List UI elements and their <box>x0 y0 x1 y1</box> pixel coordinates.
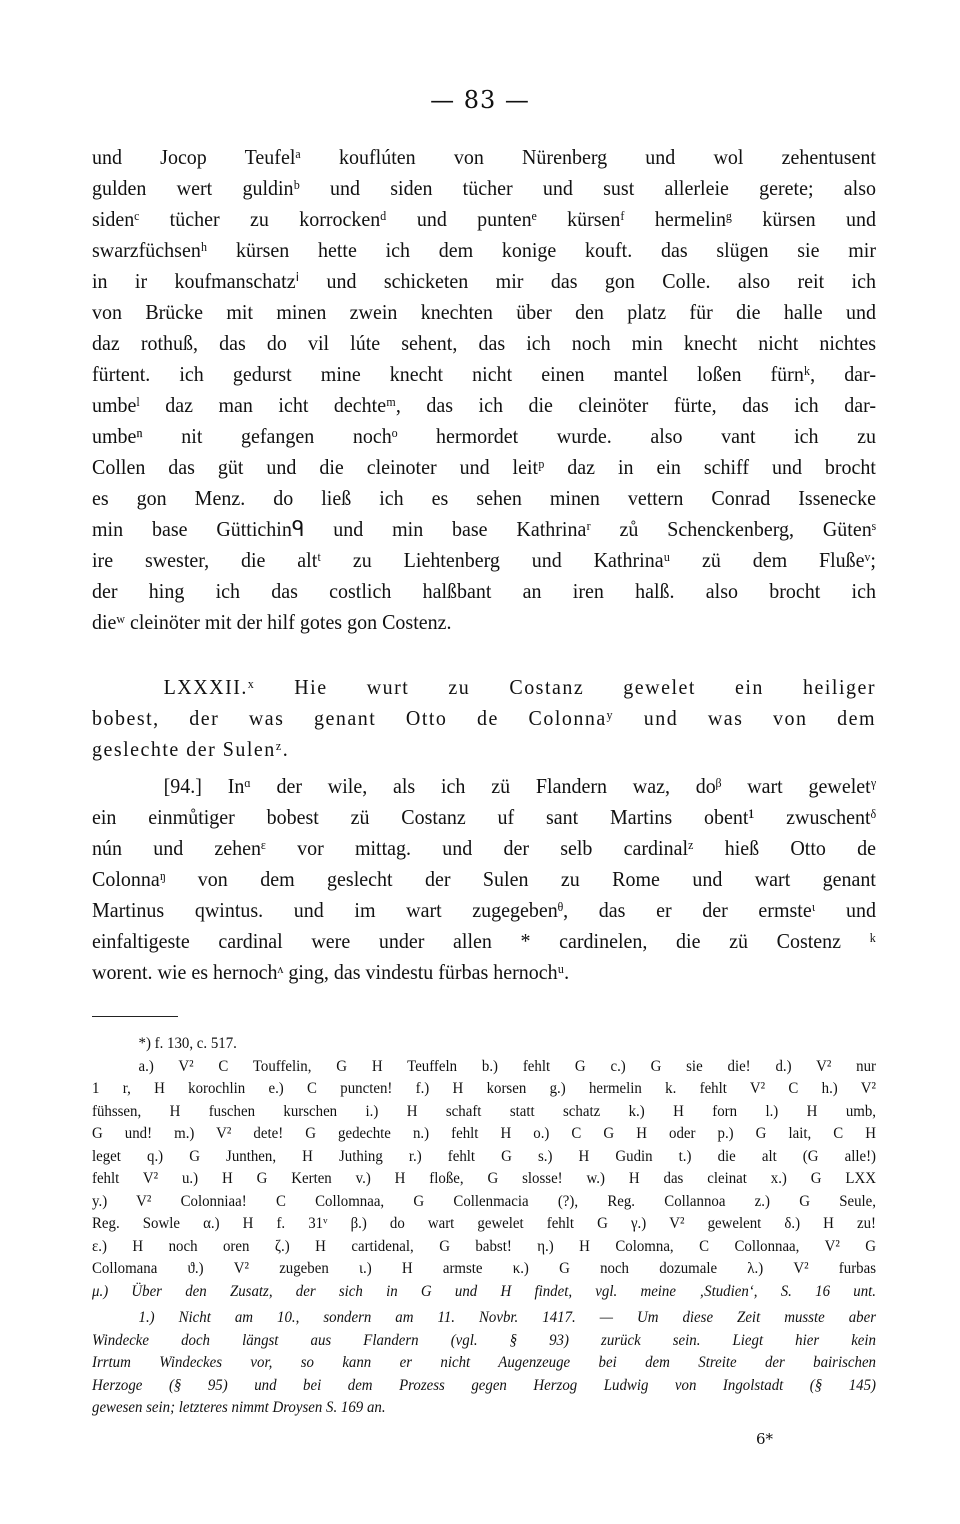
variant-note-line: Reg. Sowle α.) H f. 31ᵛ β.) do wart gewe… <box>92 1213 876 1236</box>
variant-note-line: leget q.) G Junthen, H Juthing r.) fehlt… <box>92 1146 876 1169</box>
note-line: gewesen sein; letzteres nimmt Droysen S.… <box>92 1397 876 1420</box>
signature-mark: 6* <box>756 1430 773 1448</box>
variant-note-line: 1 r, H korochlin e.) C puncten! f.) H ko… <box>92 1078 876 1101</box>
text-line: Collen das güt und die cleinoter und lei… <box>92 452 876 483</box>
text-line: umbeˡ daz man icht dechteᵐ, das ich die … <box>92 390 876 421</box>
text-line: ein einmůtiger bobest zü Costanz uf sant… <box>92 802 876 833</box>
text-line: daz rothuß, das do vil lúte sehent, das … <box>92 328 876 359</box>
star-footnote: *) f. 130, c. 517. <box>92 1033 876 1056</box>
variant-note-line: G und! m.) V² dete! G gedechte n.) fehlt… <box>92 1123 876 1146</box>
page-number: — 83 — <box>0 86 960 114</box>
text-line: [94.] Inᵅ der wile, als ich zü Flandern … <box>92 771 876 802</box>
footnotes: *) f. 130, c. 517. a.) V² C Touffelin, G… <box>92 1033 876 1303</box>
heading-line: LXXXII.ˣ Hie wurt zu Costanz gewelet ein… <box>92 672 876 703</box>
text-line: Colonnaᵑ von dem geslecht der Sulen zu R… <box>92 864 876 895</box>
text-line: nún und zehenᵋ vor mittag. und der selb … <box>92 833 876 864</box>
main-text-block: und Jocop Teufelᵃ kouflúten von Nürenber… <box>92 142 876 638</box>
text-line: Martinus qwintus. und im wart zugegebenᶿ… <box>92 895 876 926</box>
text-line: einfaltigeste cardinal were under allen … <box>92 926 876 957</box>
variant-note-line: fühssen, H fuschen kurschen i.) H schaft… <box>92 1101 876 1124</box>
variant-note-line: fehlt V² u.) H G Kerten v.) H floße, G s… <box>92 1168 876 1191</box>
text-line: min base Güttichinᑫ und min base Kathrin… <box>92 514 876 545</box>
heading-line: bobest, der was genant Otto de Colonnaʸ … <box>92 703 876 734</box>
numbered-footnote: 1.) Nicht am 10., sondern am 11. Novbr. … <box>92 1307 876 1420</box>
section-94: [94.] Inᵅ der wile, als ich zü Flandern … <box>92 771 876 988</box>
variant-note-line: a.) V² C Touffelin, G H Teuffeln b.) feh… <box>92 1056 876 1079</box>
text-line: worent. wie es hernochᶺ ging, das vindes… <box>92 957 876 988</box>
text-line: und Jocop Teufelᵃ kouflúten von Nürenber… <box>92 142 876 173</box>
text-line: sidenᶜ tücher zu korrockenᵈ und puntenᵉ … <box>92 204 876 235</box>
chapter-heading: LXXXII.ˣ Hie wurt zu Costanz gewelet ein… <box>92 672 876 765</box>
variant-note-line: Collomana ϑ.) V² zugeben ι.) H armste κ.… <box>92 1258 876 1281</box>
text-line: fürtent. ich gedurst mine knecht nicht e… <box>92 359 876 390</box>
text-line: es gon Menz. do ließ ich es sehen minen … <box>92 483 876 514</box>
note-line: 1.) Nicht am 10., sondern am 11. Novbr. … <box>92 1307 876 1330</box>
text-line: umbeⁿ nit gefangen nochᵒ hermordet wurde… <box>92 421 876 452</box>
variant-note-line: μ.) Über den Zusatz, der sich in G und H… <box>92 1281 876 1304</box>
text-line: dieʷ cleinöter mit der hilf gotes gon Co… <box>92 607 876 638</box>
variant-note-line: y.) V² Colonniaa! C Collomnaa, G Collenm… <box>92 1191 876 1214</box>
text-line: swarzfüchsenʰ kürsen hette ich dem konig… <box>92 235 876 266</box>
variant-note-line: ε.) H noch oren ζ.) H cartidenal, G babs… <box>92 1236 876 1259</box>
text-line: ire swester, die altᵗ zu Liehtenberg und… <box>92 545 876 576</box>
text-line: der hing ich das costlich halßbant an ir… <box>92 576 876 607</box>
note-line: Windecke doch längst aus Flandern (vgl. … <box>92 1330 876 1353</box>
text-line: in ir koufmanschatzⁱ und schicketen mir … <box>92 266 876 297</box>
note-line: Irrtum Windeckes vor, so kann er nicht A… <box>92 1352 876 1375</box>
text-line: gulden wert guldinᵇ und siden tücher und… <box>92 173 876 204</box>
footnote-divider <box>92 1016 178 1017</box>
heading-line: geslechte der Sulenᶻ. <box>92 734 876 765</box>
note-line: Herzoge (§ 95) und bei dem Prozess gegen… <box>92 1375 876 1398</box>
text-line: von Brücke mit minen zwein knechten über… <box>92 297 876 328</box>
